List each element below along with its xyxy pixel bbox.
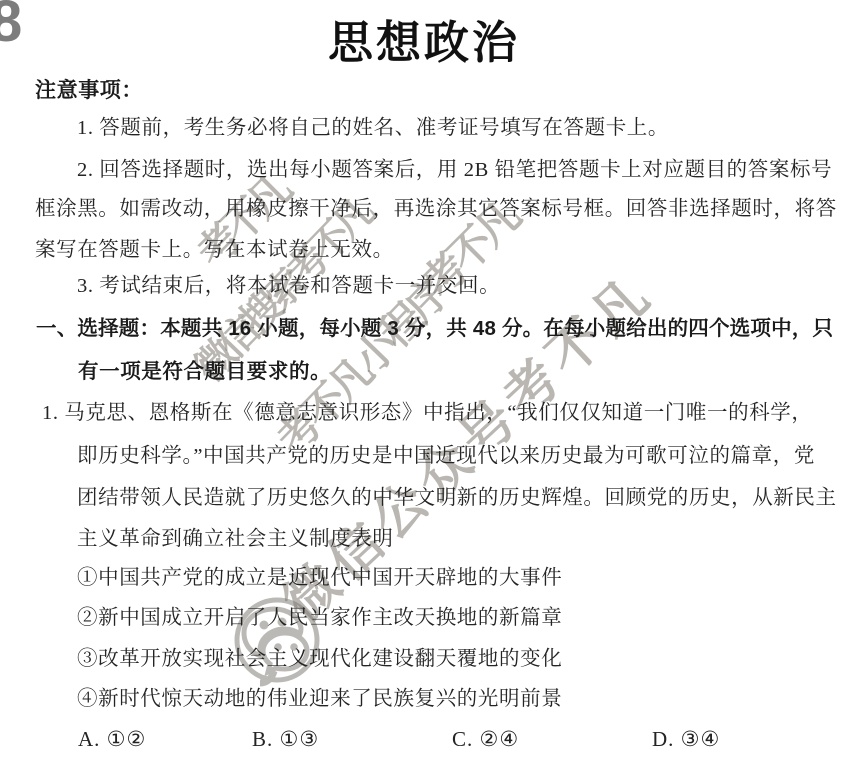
question-1-line-3: 团结带领人民造就了历史悠久的中华文明新的历史辉煌。回顾党的历史，从新民主 xyxy=(77,485,837,511)
question-1-line-1: 1. 马克思、恩格斯在《德意志意识形态》中指出，“我们仅仅知道一门唯一的科学， xyxy=(42,400,813,426)
notice-item-1: 1. 答题前，考生务必将自己的姓名、准考证号填写在答题卡上。 xyxy=(77,115,669,141)
notice-item-2-line-1: 2. 回答选择题时，选出每小题答案后，用 2B 铅笔把答题卡上对应题目的答案标号 xyxy=(77,157,832,183)
notice-item-3: 3. 考试结束后，将本试卷和答题卡一并交回。 xyxy=(77,273,500,299)
statement-4: ④新时代惊天动地的伟业迎来了民族复兴的光明前景 xyxy=(77,686,562,712)
section-heading-line-1: 一、选择题：本题共 16 小题，每小题 3 分，共 48 分。在每小题给出的四个… xyxy=(36,316,833,342)
option-d: D. ③④ xyxy=(652,727,720,752)
question-1-line-4: 主义革命到确立社会主义制度表明 xyxy=(77,526,394,552)
statement-1: ①中国共产党的成立是近现代中国开天辟地的大事件 xyxy=(77,565,562,591)
notice-item-2-line-2: 框涂黑。如需改动，用橡皮擦干净后，再选涂其它答案标号框。回答非选择题时，将答 xyxy=(35,196,837,222)
option-a: A. ①② xyxy=(78,727,146,752)
statement-2: ②新中国成立开启了人民当家作主改天换地的新篇章 xyxy=(77,605,562,631)
option-c: C. ②④ xyxy=(452,727,519,752)
exam-page: 考不凡 微信搜索考不凡 考不凡 考不凡小程序 微信公众号考不凡 8 思想政治 注… xyxy=(0,0,848,765)
page-title: 思想政治 xyxy=(0,6,848,71)
notice-item-2-line-3: 案写在答题卡上。写在本试卷上无效。 xyxy=(35,237,394,263)
notice-heading: 注意事项： xyxy=(35,78,143,104)
question-1-line-2: 即历史科学。”中国共产党的历史是中国近现代以来历史最为可歌可泣的篇章，党 xyxy=(77,443,815,469)
section-heading-line-2: 有一项是符合题目要求的。 xyxy=(78,359,331,385)
option-b: B. ①③ xyxy=(252,727,319,752)
statement-3: ③改革开放实现社会主义现代化建设翻天覆地的变化 xyxy=(77,646,562,672)
